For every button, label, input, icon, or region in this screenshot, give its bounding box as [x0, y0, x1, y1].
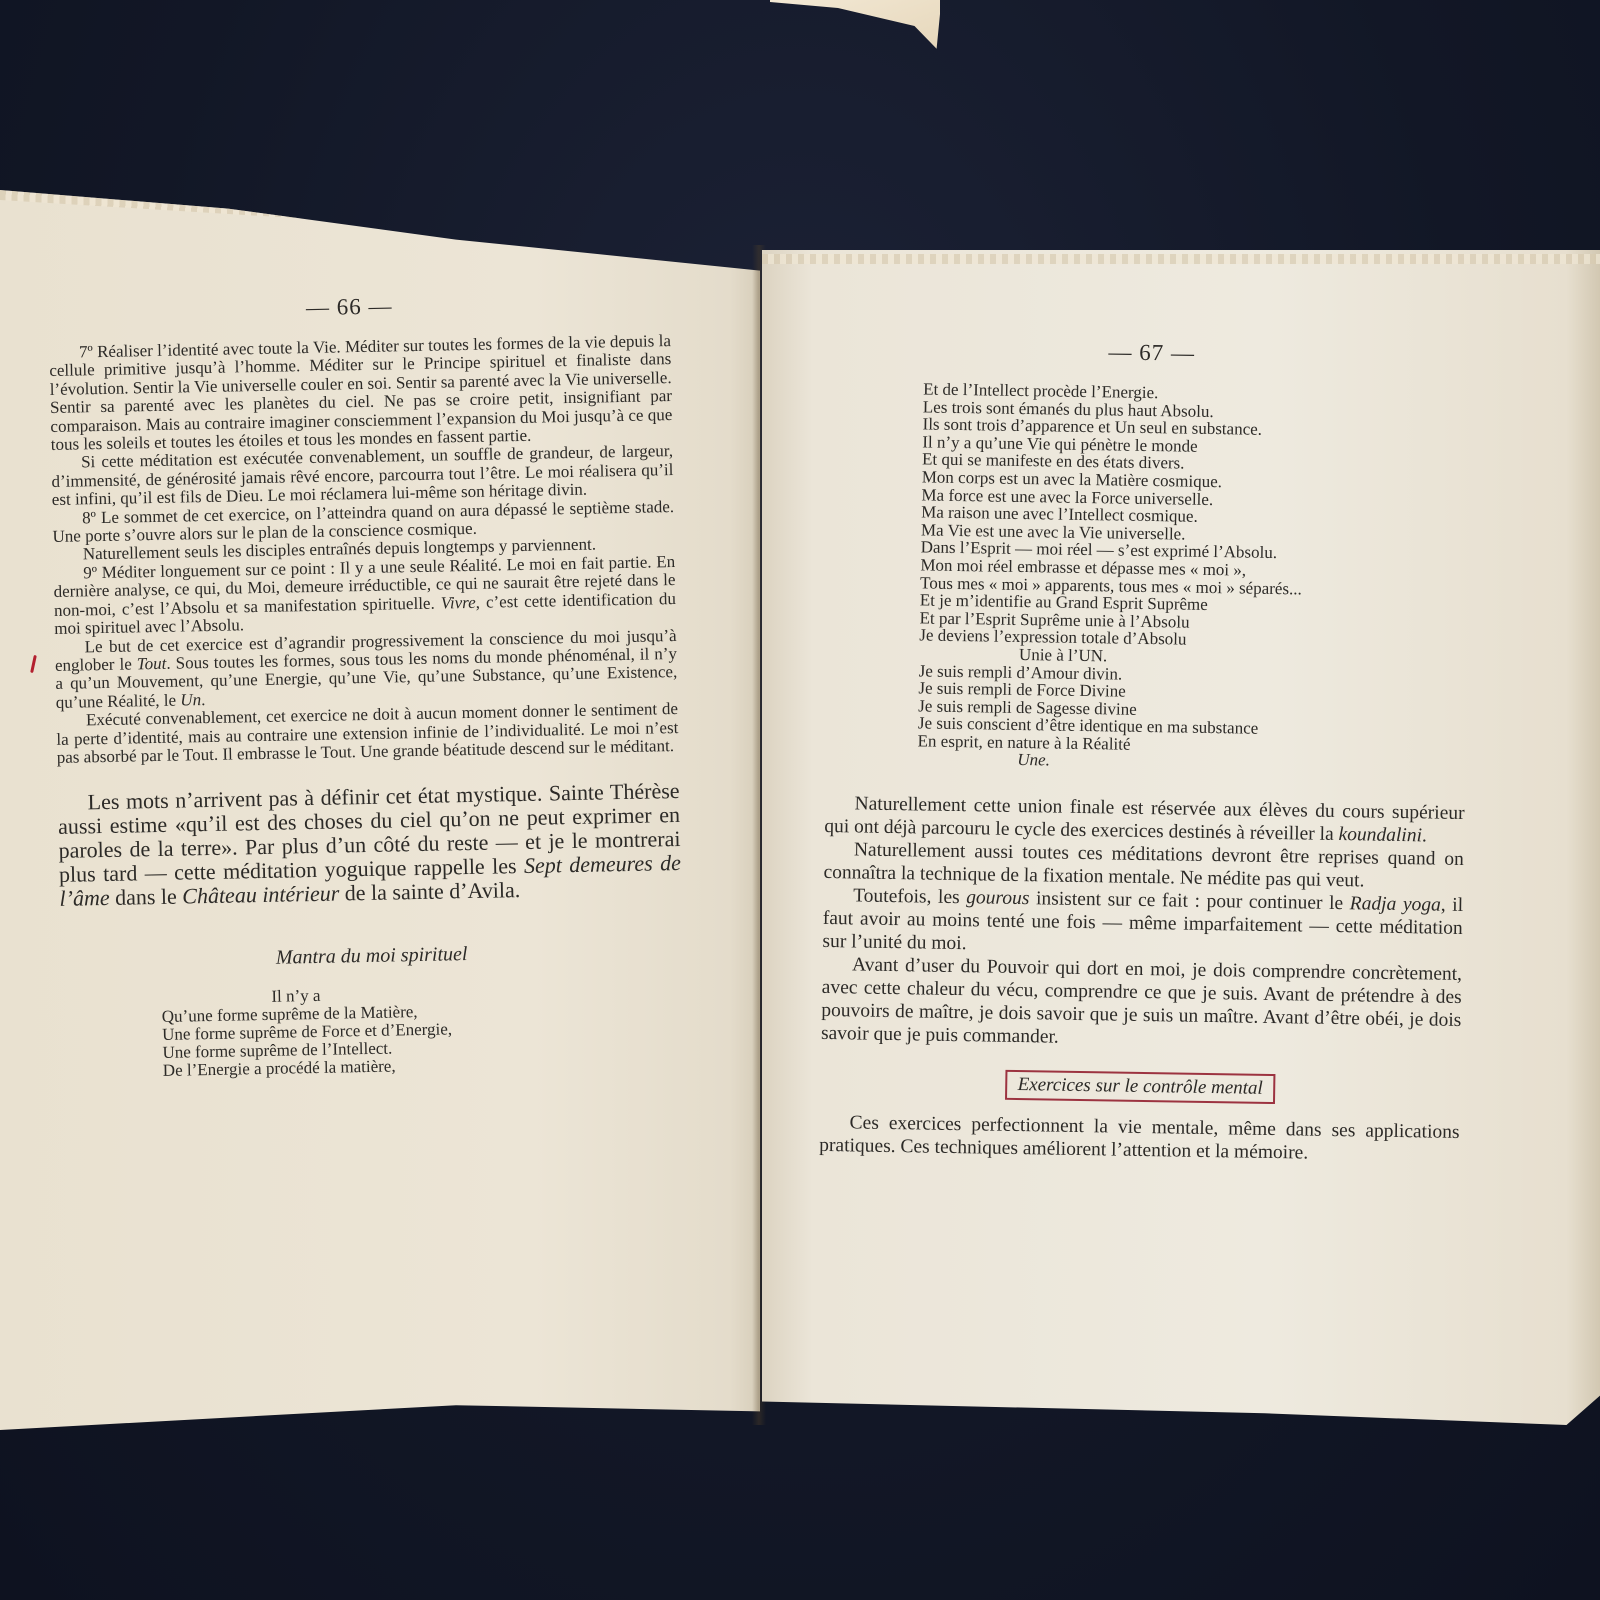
paragraph-gourous: Toutefois, les gourous insistent sur ce … — [822, 884, 1463, 963]
left-page-text: — 66 — 7º Réaliser l’identité avec toute… — [48, 288, 685, 1082]
mantra-title: Mantra du moi spirituel — [61, 939, 683, 974]
section-heading-boxed: Exercices sur le contrôle mental — [1005, 1070, 1275, 1104]
paragraph-goal: Le but de cet exercice est d’agrandir pr… — [54, 626, 677, 712]
mantra-continuation: Et de l’Intellect procède l’Energie. Les… — [825, 379, 1471, 776]
deckle-edge — [0, 190, 759, 246]
paragraph-mystic: Les mots n’arrivent pas à définir cet ét… — [57, 779, 681, 911]
paragraph-pouvoir: Avant d’user du Pouvoir qui dort en moi,… — [821, 953, 1462, 1055]
right-page-text: — 67 — Et de l’Intellect procède l’Energ… — [819, 335, 1472, 1167]
page-number-66: — 66 — — [28, 288, 670, 326]
paragraph-9: 9º Méditer longuement sur ce point : Il … — [53, 553, 676, 639]
deckle-edge — [762, 254, 1600, 264]
right-page: — 67 — Et de l’Intellect procède l’Energ… — [762, 250, 1600, 1425]
paragraph-7: 7º Réaliser l’identité avec toute la Vie… — [49, 332, 673, 454]
paragraph-exercices: Ces exercices perfectionnent la vie ment… — [819, 1111, 1460, 1167]
torn-paper-scrap — [770, 0, 940, 50]
page-number-67: — 67 — — [832, 335, 1472, 371]
paragraph-execution: Exécuté convenablement, cet exercice ne … — [56, 700, 679, 767]
left-page: — 66 — 7º Réaliser l’identité avec toute… — [0, 190, 760, 1430]
